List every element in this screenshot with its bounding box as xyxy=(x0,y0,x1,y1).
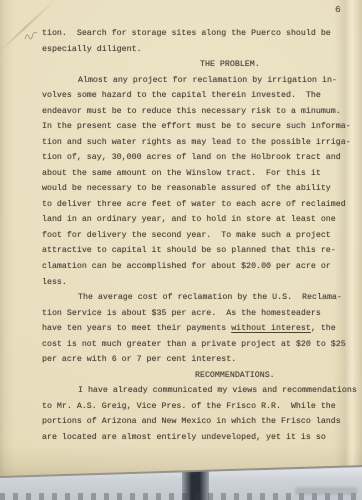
text-line: tion Service is about $35 per acre. As t… xyxy=(42,306,348,322)
text-line: per acre with 6 or 7 per cent interest. xyxy=(42,352,348,368)
text-line: Almost any project for reclamation by ir… xyxy=(42,73,348,89)
text-line: to deliver three acre feet of water to e… xyxy=(42,197,348,213)
text-line: are located are almost entirely undevelo… xyxy=(42,430,348,446)
text-line: attractive to capital it should be so pl… xyxy=(42,243,348,259)
text-line: about the same amount on the Winslow tra… xyxy=(42,166,348,182)
text-line: endeavor must be to reduce this necessar… xyxy=(42,104,348,120)
text-line: tion. Search for storage sites along the… xyxy=(42,26,348,42)
text-line: would be necessary to be reasonable assu… xyxy=(42,181,348,197)
section-heading-recommendations: RECOMMENDATIONS. xyxy=(42,368,348,384)
text-line: foot for delivery the second year. To ma… xyxy=(42,228,348,244)
text-line: tion and such water rights as may lead t… xyxy=(42,135,348,151)
text-line-with-underline: have ten years to meet their payments wi… xyxy=(42,321,348,337)
page-number: 6 xyxy=(335,4,341,15)
text-line: volves some hazard to the capital therei… xyxy=(42,88,348,104)
text-line: less. xyxy=(42,275,348,291)
text-line: tion of, say, 30,000 acres of land on th… xyxy=(42,150,348,166)
text-line: cost is not much greater than a private … xyxy=(42,337,348,353)
text-segment: have ten years to meet their payments xyxy=(42,324,231,333)
text-line: to Mr. A.S. Greig, Vice Pres. of the Fri… xyxy=(42,399,348,415)
scanner-smudge xyxy=(295,487,357,495)
text-line: portions of Arizona and New Mexico in wh… xyxy=(42,414,348,430)
underlined-text-segment: without interest xyxy=(231,324,311,333)
text-line: land in an ordinary year, and to hold in… xyxy=(42,212,348,228)
text-line: clamation can be accomplished for about … xyxy=(42,259,348,275)
text-line: especially diligent. xyxy=(42,42,348,58)
text-line: I have already communicated my views and… xyxy=(42,383,348,399)
pencil-squiggle-mark xyxy=(24,29,40,42)
scanned-page-paper: 6 tion. Search for storage sites along t… xyxy=(0,0,362,500)
text-segment: , the xyxy=(311,324,336,333)
section-heading-problem: THE PROBLEM. xyxy=(42,57,348,73)
typewritten-text-block: tion. Search for storage sites along the… xyxy=(42,26,348,445)
scanned-document-view: 6 tion. Search for storage sites along t… xyxy=(0,0,362,500)
text-line: In the present case the effort must be t… xyxy=(42,119,348,135)
text-line: The average cost of reclamation by the U… xyxy=(42,290,348,306)
